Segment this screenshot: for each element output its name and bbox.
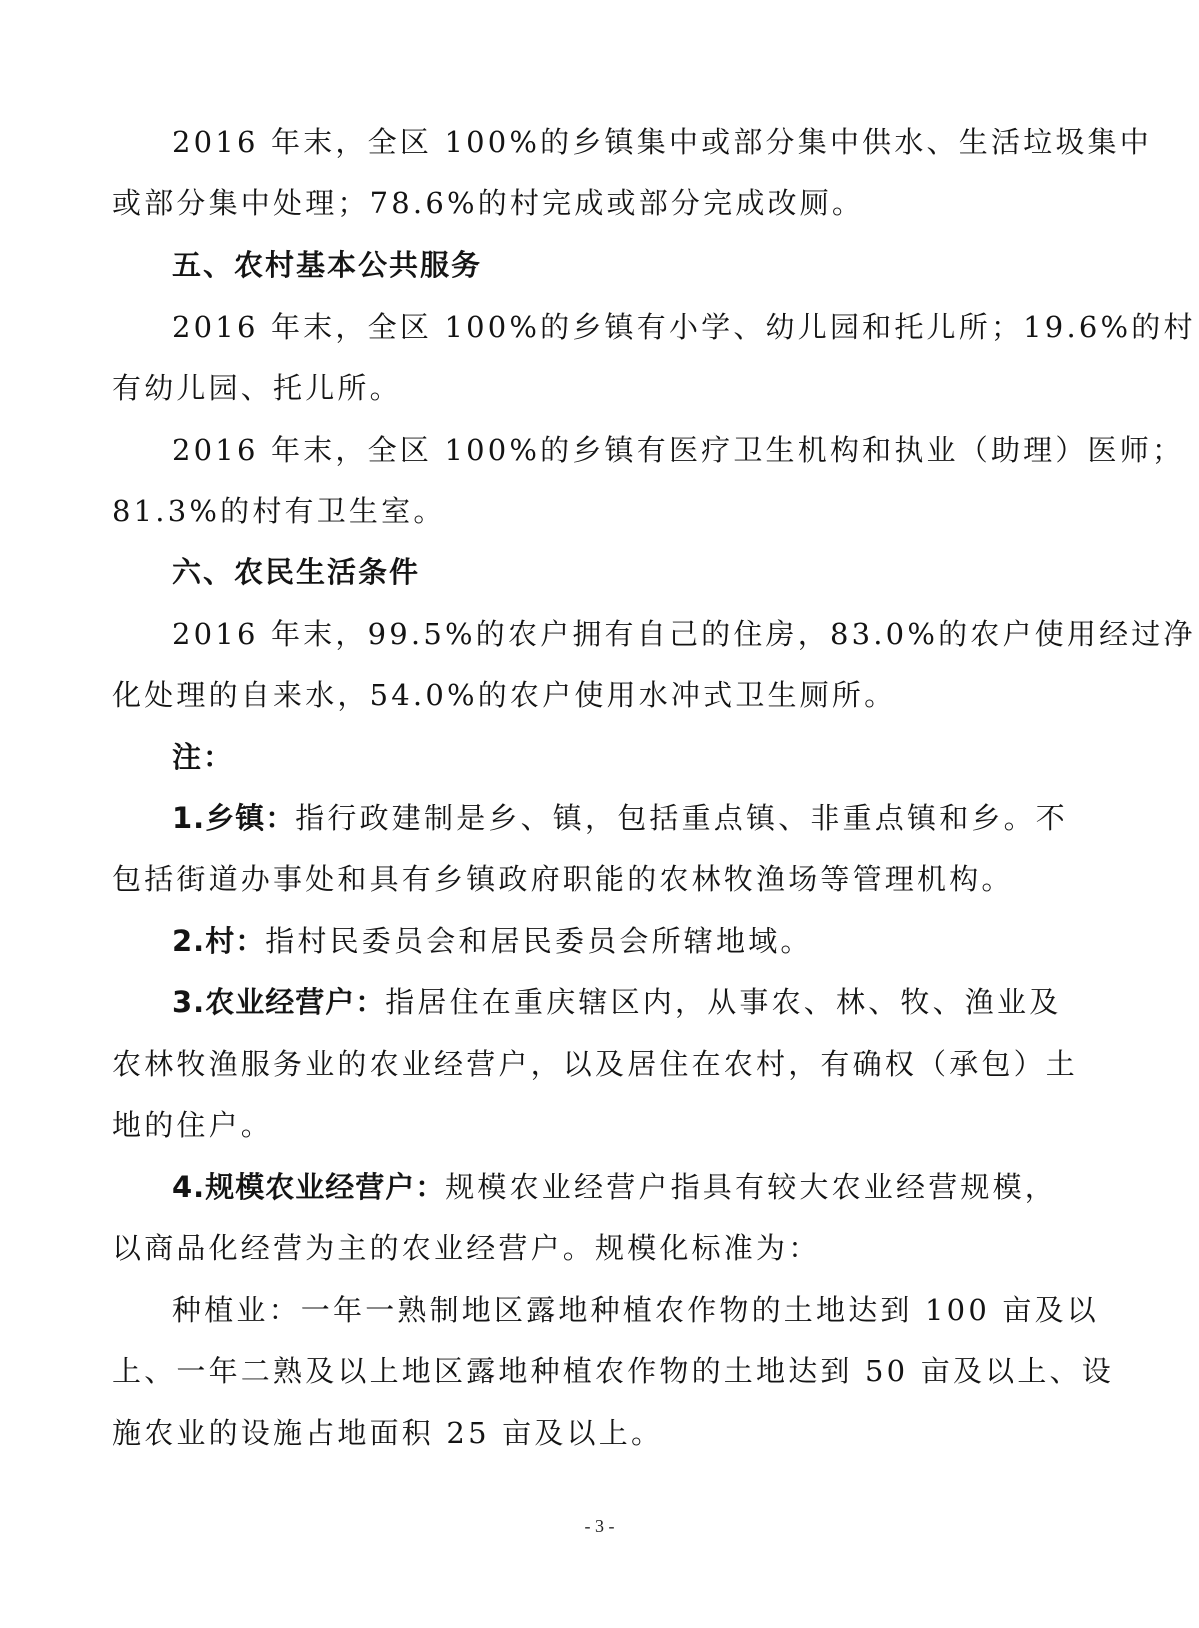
paragraph-line: 2016 年末，99.5%的农户拥有自己的住房，83.0%的农户使用经过净 [172, 614, 1057, 654]
note-3-text: 指居住在重庆辖区内，从事农、林、牧、渔业及 [385, 985, 1061, 1019]
note-2-text: 指村民委员会和居民委员会所辖地域。 [265, 924, 812, 958]
page-number: - 3 - [0, 1516, 1199, 1537]
note-2-term: 2.村： [172, 924, 265, 958]
paragraph-line: 2016 年末，全区 100%的乡镇有小学、幼儿园和托儿所；19.6%的村 [172, 307, 1057, 347]
paragraph-line: 或部分集中处理；78.6%的村完成或部分完成改厕。 [112, 183, 1057, 223]
note-2-line: 2.村：指村民委员会和居民委员会所辖地域。 [172, 921, 1057, 961]
paragraph-line: 上、一年二熟及以上地区露地种植农作物的土地达到 50 亩及以上、设 [112, 1351, 1057, 1391]
note-4-text: 规模农业经营户指具有较大农业经营规模， [445, 1170, 1057, 1204]
note-4-term: 4.规模农业经营户： [172, 1170, 445, 1204]
section-heading-rural-public-services: 五、农村基本公共服务 [172, 245, 1057, 285]
paragraph-line: 种植业：一年一熟制地区露地种植农作物的土地达到 100 亩及以 [172, 1290, 1057, 1330]
paragraph-line: 化处理的自来水，54.0%的农户使用水冲式卫生厕所。 [112, 675, 1057, 715]
note-1-term: 1.乡镇： [172, 801, 295, 835]
paragraph-line: 以商品化经营为主的农业经营户。规模化标准为： [112, 1228, 1057, 1268]
paragraph-line: 施农业的设施占地面积 25 亩及以上。 [112, 1413, 1057, 1453]
note-3-line: 3.农业经营户：指居住在重庆辖区内，从事农、林、牧、渔业及 [172, 982, 1057, 1022]
paragraph-line: 2016 年末，全区 100%的乡镇集中或部分集中供水、生活垃圾集中 [172, 122, 1057, 162]
note-1-text: 指行政建制是乡、镇，包括重点镇、非重点镇和乡。不 [295, 801, 1068, 835]
paragraph-line: 农林牧渔服务业的农业经营户，以及居住在农村，有确权（承包）土 [112, 1044, 1057, 1084]
paragraph-line: 81.3%的村有卫生室。 [112, 491, 1057, 531]
notes-heading: 注： [172, 737, 1057, 777]
note-3-term: 3.农业经营户： [172, 985, 385, 1019]
paragraph-line: 包括街道办事处和具有乡镇政府职能的农林牧渔场等管理机构。 [112, 859, 1057, 899]
section-heading-farmer-living-conditions: 六、农民生活条件 [172, 552, 1057, 592]
paragraph-line: 有幼儿园、托儿所。 [112, 368, 1057, 408]
paragraph-line: 地的住户。 [112, 1105, 1057, 1145]
document-page: 2016 年末，全区 100%的乡镇集中或部分集中供水、生活垃圾集中 或部分集中… [0, 0, 1199, 1628]
note-1-line: 1.乡镇：指行政建制是乡、镇，包括重点镇、非重点镇和乡。不 [172, 798, 1057, 838]
note-4-line: 4.规模农业经营户：规模农业经营户指具有较大农业经营规模， [172, 1167, 1057, 1207]
paragraph-line: 2016 年末，全区 100%的乡镇有医疗卫生机构和执业（助理）医师； [172, 430, 1057, 470]
